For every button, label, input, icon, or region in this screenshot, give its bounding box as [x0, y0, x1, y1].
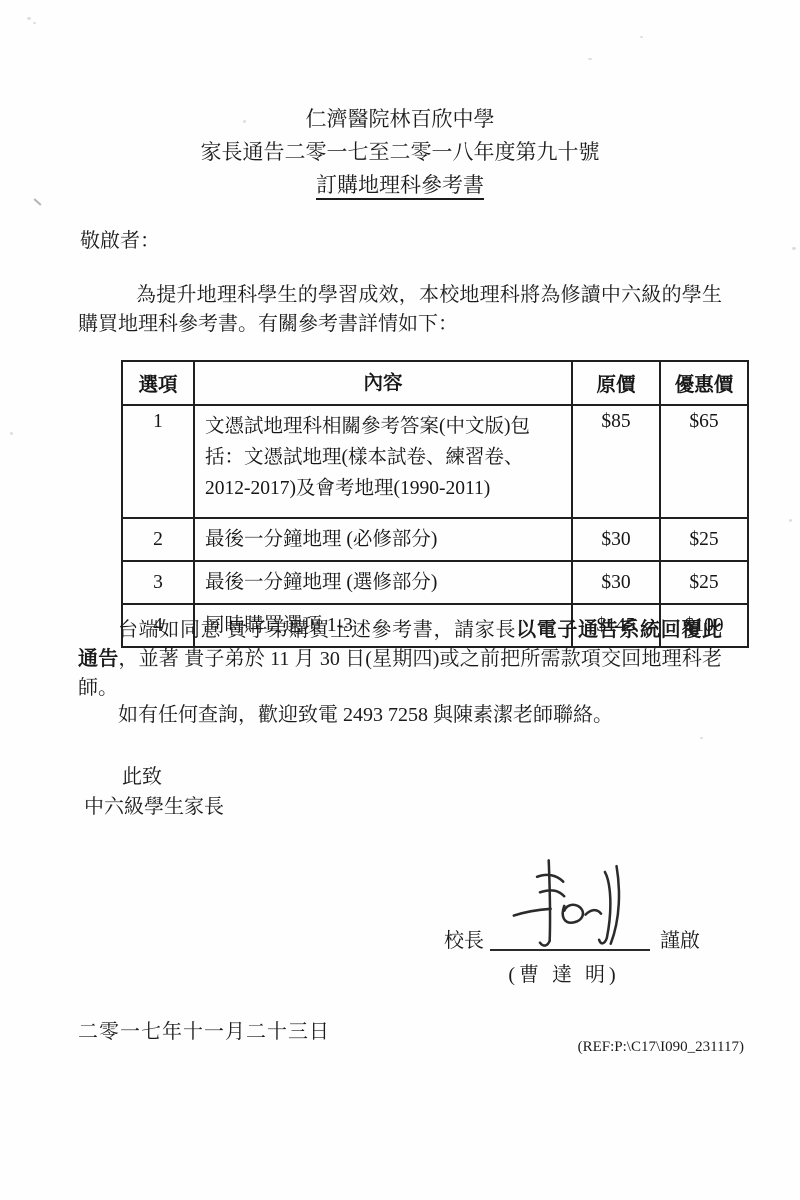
cell-original-price: $30 [572, 561, 660, 604]
reply-text-post: ，並著 貴子弟於 11 月 30 日(星期四)或之前把所需款項交回地理科老師。 [78, 648, 722, 699]
scan-speck [789, 519, 792, 522]
cell-discount-price: $25 [660, 518, 748, 561]
reply-text-pre: 台端如同意 貴子弟購買上述參考書，請家長 [118, 619, 516, 641]
principal-name: (曹 達 明) [478, 958, 650, 987]
cell-original-price: $30 [572, 518, 660, 561]
intro-paragraph: 為提升地理科學生的學習成效，本校地理科將為修讀中六級的學生購買地理科參考書。有關… [78, 281, 722, 339]
header-option: 選項 [122, 361, 194, 405]
scan-speck [10, 432, 13, 435]
cell-option: 3 [122, 561, 194, 604]
principal-label: 校長 [444, 924, 484, 953]
scan-speck [588, 58, 592, 60]
cell-original-price: $85 [572, 405, 660, 518]
reference-book-table: 選項 內容 原價 優惠價 1 文憑試地理科相關參考答案(中文版)包括：文憑試地理… [121, 360, 749, 648]
scanned-notice-page: 仁濟醫院林百欣中學 家長通告二零一七至二零一八年度第九十號 訂購地理科參考書 敬… [0, 0, 800, 1200]
table-row: 2 最後一分鐘地理 (必修部分) $30 $25 [122, 518, 748, 561]
document-header: 仁濟醫院林百欣中學 家長通告二零一七至二零一八年度第九十號 訂購地理科參考書 [0, 103, 800, 202]
scan-speck [640, 36, 643, 38]
cell-option: 2 [122, 518, 194, 561]
reference-number: (REF:P:\C17\I090_231117) [578, 1039, 744, 1056]
cell-discount-price: $65 [660, 405, 748, 518]
signature-block: 校長 謹啟 (曹 達 明) [438, 852, 708, 997]
scan-speck [27, 17, 31, 20]
doc-title-line: 訂購地理科參考書 [0, 169, 800, 202]
reply-paragraph: 台端如同意 貴子弟購買上述參考書，請家長以電子通告系統回覆此通告，並著 貴子弟於… [78, 616, 722, 703]
cell-content: 文憑試地理科相關參考答案(中文版)包括：文憑試地理(樣本試卷、練習卷、2012-… [194, 405, 572, 518]
table-row: 3 最後一分鐘地理 (選修部分) $30 $25 [122, 561, 748, 604]
cell-content: 最後一分鐘地理 (必修部分) [194, 518, 572, 561]
school-name: 仁濟醫院林百欣中學 [0, 103, 800, 136]
issue-date: 二零一七年十一月二十三日 [78, 1015, 330, 1044]
header-discount-price: 優惠價 [660, 361, 748, 405]
doc-title: 訂購地理科參考書 [316, 173, 484, 200]
header-original-price: 原價 [572, 361, 660, 405]
closing-phrase: 此致 [122, 760, 162, 789]
cell-option: 1 [122, 405, 194, 518]
scan-speck [700, 737, 703, 739]
salutation: 敬啟者： [80, 224, 160, 253]
cell-content: 最後一分鐘地理 (選修部分) [194, 561, 572, 604]
header-content: 內容 [194, 361, 572, 405]
respectfully-label: 謹啟 [660, 924, 700, 953]
table-header-row: 選項 內容 原價 優惠價 [122, 361, 748, 405]
recipient: 中六級學生家長 [84, 790, 224, 819]
enquiry-paragraph: 如有任何查詢，歡迎致電 2493 7258 與陳素潔老師聯絡。 [78, 701, 722, 730]
scan-speck [792, 247, 796, 250]
notice-number: 家長通告二零一七至二零一八年度第九十號 [0, 136, 800, 169]
table-row: 1 文憑試地理科相關參考答案(中文版)包括：文憑試地理(樣本試卷、練習卷、201… [122, 405, 748, 518]
signature-line [490, 949, 650, 951]
scan-speck [33, 22, 36, 24]
principal-signature-scrawl [508, 854, 634, 952]
cell-discount-price: $25 [660, 561, 748, 604]
